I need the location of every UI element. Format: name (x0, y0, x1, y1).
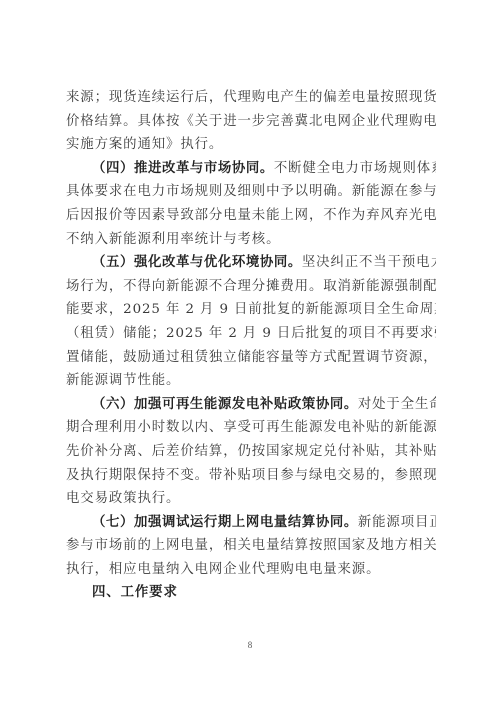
section-5-heading: （五）强化改革与优化环境协同。 (92, 255, 302, 270)
paragraph-line: 不纳入新能源利用率统计与考核。 (66, 228, 436, 252)
section-5-first-line: （五）强化改革与优化环境协同。坚决纠正不当干预电力市 (66, 251, 436, 275)
chapter-heading: 四、工作要求 (66, 581, 436, 605)
section-4-text: 不断健全电力市场规则体系， (274, 161, 436, 176)
document-body: 来源；现货连续运行后，代理购电产生的偏差电量按照现货市场 价格结算。具体按《关于… (66, 86, 436, 605)
paragraph-line: 及执行期限保持不变。带补贴项目参与绿电交易的，参照现行绿 (66, 464, 436, 488)
paragraph-line: 能要求，2025 年 2 月 9 日前批复的新能源项目全生命周期配建 (66, 298, 436, 322)
paragraph-line: 置储能，鼓励通过租赁独立储能容量等方式配置调节资源，提升 (66, 346, 436, 370)
paragraph-line: 价格结算。具体按《关于进一步完善冀北电网企业代理购电工作 (66, 110, 436, 134)
paragraph-line: 电交易政策执行。 (66, 487, 436, 511)
section-7-text: 新能源项目正式 (358, 515, 436, 530)
page-number: 8 (0, 640, 500, 650)
paragraph-line: 后因报价等因素导致部分电量未能上网，不作为弃风弃光电量， (66, 204, 436, 228)
section-4-heading: （四）推进改革与市场协同。 (92, 161, 274, 176)
section-6-text: 对处于全生命周 (358, 397, 436, 412)
paragraph-line: 先价补分离、后差价结算，仍按国家规定兑付补贴，其补贴标准 (66, 440, 436, 464)
paragraph-line: 具体要求在电力市场规则及细则中予以明确。新能源在参与市场 (66, 180, 436, 204)
document-page: 来源；现货连续运行后，代理购电产生的偏差电量按照现货市场 价格结算。具体按《关于… (0, 0, 500, 707)
paragraph-line: （租赁）储能；2025 年 2 月 9 日后批复的项目不再要求强制配 (66, 322, 436, 346)
paragraph-line: 新能源调节性能。 (66, 369, 436, 393)
paragraph-line: 参与市场前的上网电量，相关电量结算按照国家及地方相关规则 (66, 534, 436, 558)
section-7-first-line: （七）加强调试运行期上网电量结算协同。新能源项目正式 (66, 511, 436, 535)
section-6-heading: （六）加强可再生能源发电补贴政策协同。 (92, 397, 358, 412)
section-5-text: 坚决纠正不当干预电力市 (302, 255, 436, 270)
paragraph-line: 期合理利用小时数以内、享受可再生能源发电补贴的新能源项目， (66, 416, 436, 440)
paragraph-line: 来源；现货连续运行后，代理购电产生的偏差电量按照现货市场 (66, 86, 436, 110)
section-4-first-line: （四）推进改革与市场协同。不断健全电力市场规则体系， (66, 157, 436, 181)
section-6-first-line: （六）加强可再生能源发电补贴政策协同。对处于全生命周 (66, 393, 436, 417)
paragraph-line: 实施方案的通知》执行。 (66, 133, 436, 157)
section-7-heading: （七）加强调试运行期上网电量结算协同。 (92, 515, 358, 530)
paragraph-line: 执行，相应电量纳入电网企业代理购电电量来源。 (66, 558, 436, 582)
paragraph-line: 场行为，不得向新能源不合理分摊费用。取消新能源强制配置储 (66, 275, 436, 299)
